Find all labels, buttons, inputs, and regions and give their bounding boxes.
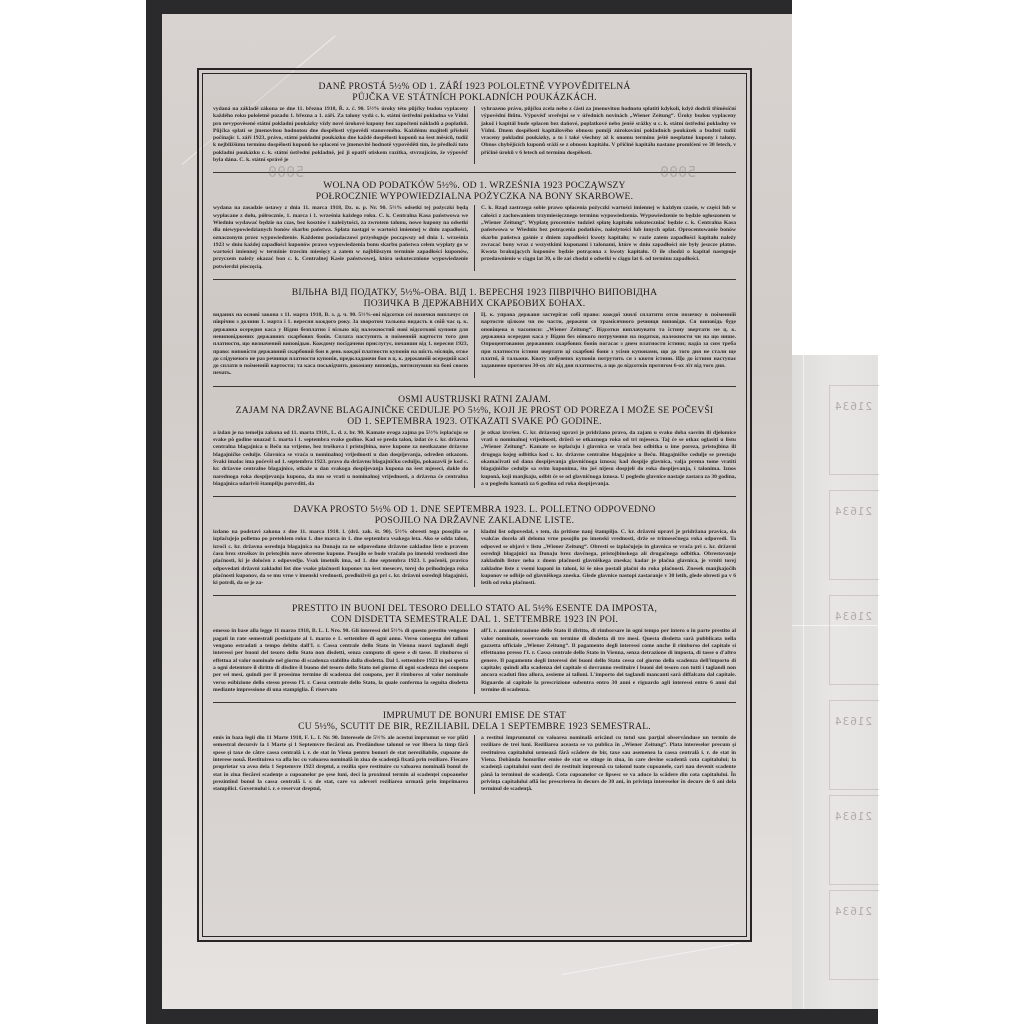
section-text-right: vyhrazeno právo, půjčku zcela nebo z čás… [475,106,736,164]
section-text-right: a restitui împrumutul cu valoarea nomina… [475,735,736,793]
section-title: OSMI AUSTRIJSKI RATNI ZAJAM. ZAJAM NA DR… [213,387,736,430]
coupon-number: 21634 [834,810,872,823]
section-text-left: wydana na zasadzie ustawy z dnia 11. mar… [213,205,475,271]
section-text-right: Ц. к. управа держави застерігає собі пра… [475,312,736,378]
terms-frame: DANĚ PROSTÁ 5½% OD 1. ZÁŘÍ 1923 POLOLETN… [197,68,752,942]
section-text-left: izdano na podstavi zakona z dne 11. marc… [213,529,475,587]
section-ukrainian: ВІЛЬНА ВІД ПОДАТКУ, 5½%-ОВА. ВІД 1. ВЕРЕ… [213,280,736,387]
section-text-left: a izdan je na temelju zakona od 11. mart… [213,430,475,488]
section-title: WOLNA OD PODATKÓW 5½%. OD 1. WRZEŚNIA 19… [213,173,736,205]
fold-line [803,355,804,1009]
coupon-stub: 21634 [829,595,879,685]
coupon-stub: 21634 [829,700,879,790]
coupon-stub: 21634 [829,490,879,580]
coupon-number: 21634 [834,905,872,918]
section-title: DAVKA PROSTO 5½% OD 1. DNE SEPTEMBRA 192… [213,497,736,529]
section-polish: WOLNA OD PODATKÓW 5½%. OD 1. WRZEŚNIA 19… [213,173,736,280]
coupon-stub: 21634 [829,890,879,980]
section-czech: DANĚ PROSTÁ 5½% OD 1. ZÁŘÍ 1923 POLOLETN… [213,74,736,173]
section-text-right: all'I. r. amministrazione dello Stato il… [475,628,736,694]
coupon-stub: 21634 [829,795,879,885]
section-title: ВІЛЬНА ВІД ПОДАТКУ, 5½%-ОВА. ВІД 1. ВЕРЕ… [213,280,736,312]
section-title: IMPRUMUT DE BONURI EMISE DE STAT CU 5½%,… [213,703,736,735]
section-text-left: виданих на основі закона з 11. марта 191… [213,312,475,378]
coupon-number: 21634 [834,610,872,623]
section-slovenian: DAVKA PROSTO 5½% OD 1. DNE SEPTEMBRA 192… [213,497,736,596]
section-croatian: OSMI AUSTRIJSKI RATNI ZAJAM. ZAJAM NA DR… [213,387,736,497]
section-italian: PRESTITO IN BUONI DEL TESORO DELLO STATO… [213,596,736,703]
section-title: DANĚ PROSTÁ 5½% OD 1. ZÁŘÍ 1923 POLOLETN… [213,74,736,106]
coupon-counterfoil-strip: 21634 21634 21634 21634 21634 21634 [790,355,878,1009]
coupon-number: 21634 [834,715,872,728]
section-text-right: C. k. Rząd zastrzega sobie prawo spłacen… [475,205,736,271]
section-romanian: IMPRUMUT DE BONURI EMISE DE STAT CU 5½%,… [213,703,736,793]
section-text-left: emis în baza legii din 11 Marte 1918, F.… [213,735,475,793]
section-text-left: emesso in base alla legge 11 marzo 1918,… [213,628,475,694]
section-text-right: kladni list odpovedal, s tem, da pritisn… [475,529,736,587]
coupon-stub: 21634 [829,385,879,475]
coupon-number: 21634 [834,505,872,518]
coupon-number: 21634 [834,400,872,413]
section-text-left: vydaná na základě zákona ze dne 11. břez… [213,106,475,164]
section-title: PRESTITO IN BUONI DEL TESORO DELLO STATO… [213,596,736,628]
paper-crease [562,943,739,975]
section-text-right: je otkaz izvršen. C. kr. državnoj upravi… [475,430,736,488]
terms-frame-inner: DANĚ PROSTÁ 5½% OD 1. ZÁŘÍ 1923 POLOLETN… [202,73,747,937]
